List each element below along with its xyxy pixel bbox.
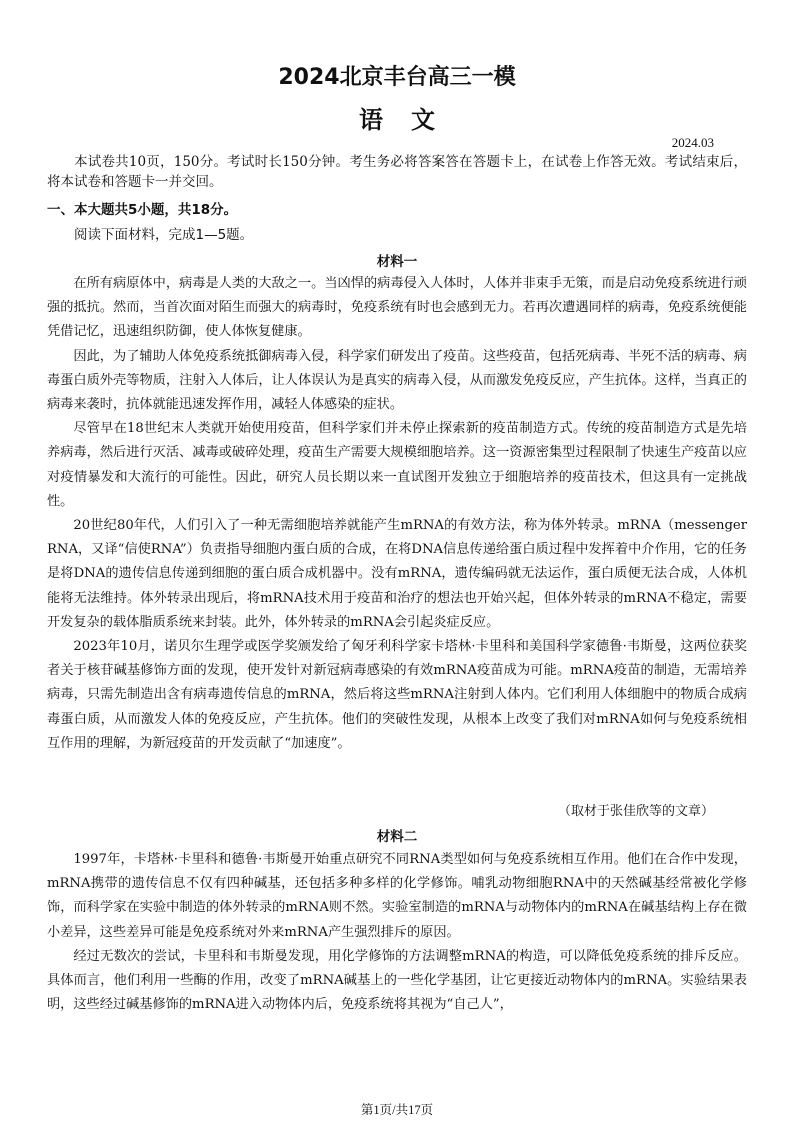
material-1-source: （取材于张佳欣等的文章）: [558, 800, 714, 819]
exam-title: 2024北京丰台高三一模: [0, 60, 794, 91]
section-heading: 一、本大题共5小题，共18分。: [47, 200, 237, 220]
reading-instruction: 阅读下面材料，完成1—5题。: [74, 225, 253, 245]
paragraph: 20世纪80年代，人们引入了一种无需细胞培养就能产生mRNA的有效方法，称为体外…: [47, 514, 747, 635]
paragraph: 在所有病原体中，病毒是人类的大敌之一。当凶悍的病毒侵入人体时，人体并非束手无策，…: [47, 272, 747, 345]
paragraph: 因此，为了辅助人体免疫系统抵御病毒入侵，科学家们研发出了疫苗。这些疫苗，包括死病…: [47, 345, 747, 418]
paragraph: 尽管早在18世纪末人类就开始使用疫苗，但科学家们并未停止探索新的疫苗制造方式。传…: [47, 417, 747, 514]
exam-page: 2024北京丰台高三一模 语文 2024.03 本试卷共10页，150分。考试时…: [0, 0, 794, 1123]
material-2-heading: 材料二: [0, 825, 794, 845]
paragraph: 2023年10月，诺贝尔生理学或医学奖颁发给了匈牙利科学家卡塔林·卡里科和美国科…: [47, 635, 747, 756]
exam-date: 2024.03: [672, 135, 714, 151]
paragraph: 经过无数次的尝试，卡里科和韦斯曼发现，用化学修饰的方法调整mRNA的构造，可以降…: [47, 945, 747, 1018]
material-1-body: 在所有病原体中，病毒是人类的大敌之一。当凶悍的病毒侵入人体时，人体并非束手无策，…: [47, 272, 747, 756]
exam-instructions: 本试卷共10页，150分。考试时长150分钟。考生务必将答案答在答题卡上，在试卷…: [47, 152, 747, 192]
paragraph: 1997年，卡塔林·卡里科和德鲁·韦斯曼开始重点研究不同RNA类型如何与免疫系统…: [47, 848, 747, 945]
subject-title: 语文: [0, 100, 794, 135]
page-indicator: 第1页/共17页: [0, 1100, 794, 1118]
material-1-heading: 材料一: [0, 250, 794, 270]
material-2-body: 1997年，卡塔林·卡里科和德鲁·韦斯曼开始重点研究不同RNA类型如何与免疫系统…: [47, 848, 747, 1017]
